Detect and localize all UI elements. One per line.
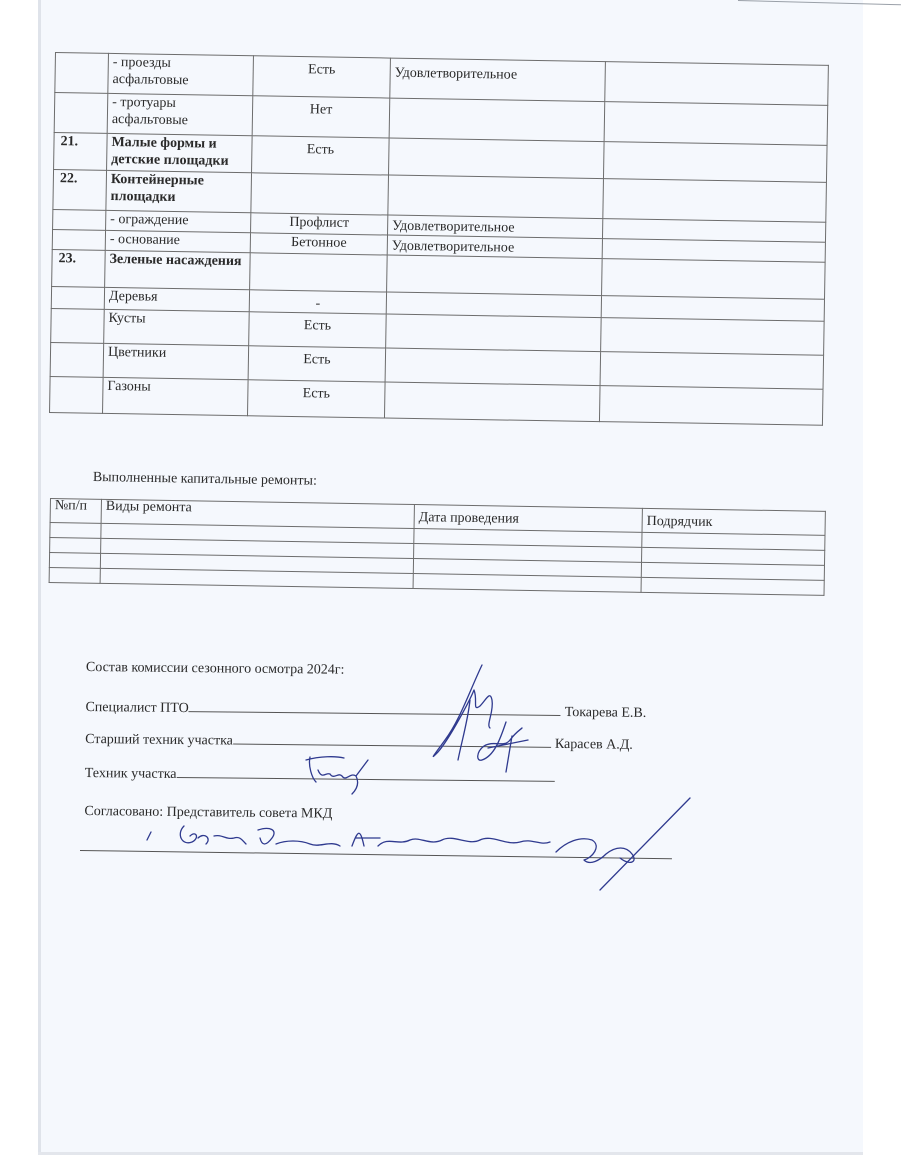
handwritten-signatures xyxy=(0,0,901,1166)
